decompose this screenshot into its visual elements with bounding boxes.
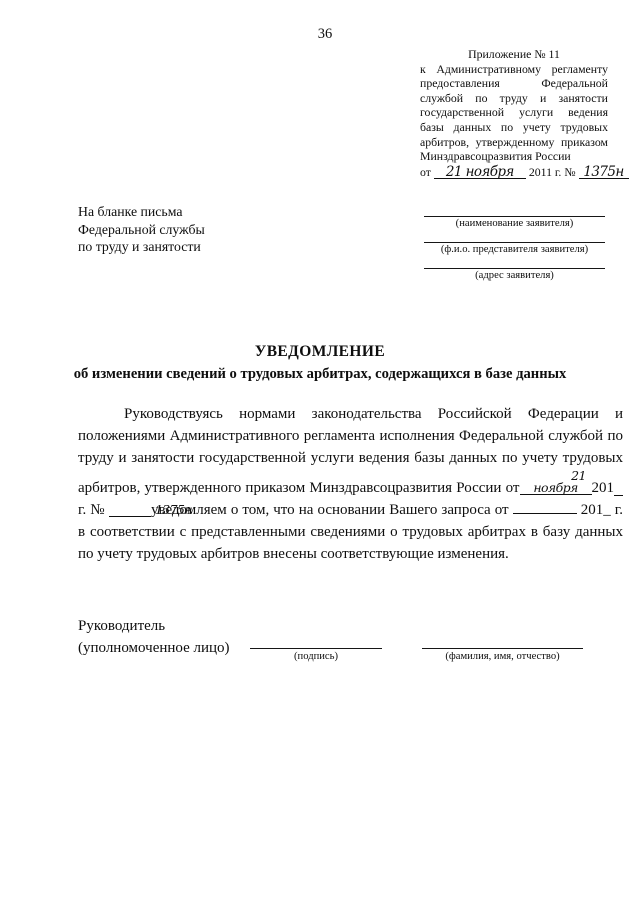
claimant-representative-blank-line — [424, 242, 605, 243]
claimant-name-field: (наименование заявителя) — [424, 216, 605, 230]
handwritten-date-text: 21 ноября — [446, 164, 514, 180]
signature-caption: (подпись) — [250, 650, 382, 663]
body-text-part3: г. № — [78, 502, 105, 518]
document-subtitle: об изменении сведений о трудовых арбитра… — [0, 363, 640, 386]
body-handwritten-year-digit: 1 — [614, 482, 623, 496]
claimant-fields-block: (наименование заявителя) (ф.и.о. предста… — [424, 216, 605, 294]
full-name-blank-line — [422, 615, 583, 649]
appendix-paragraph: к Административному регламенту предостав… — [420, 62, 608, 164]
letterhead-line-3: по труду и занятости — [78, 238, 205, 256]
claimant-address-field: (адрес заявителя) — [424, 268, 605, 282]
full-name-caption: (фамилия, имя, отчество) — [422, 650, 583, 663]
claimant-representative-caption: (ф.и.о. представителя заявителя) — [424, 244, 605, 256]
appendix-block: Приложение № 11 к Административному регл… — [420, 47, 608, 179]
body-text-part2: 201 — [592, 480, 615, 496]
body-paragraph: Руководствуясь нормами законодательства … — [78, 403, 623, 565]
signature-field: (подпись) — [250, 615, 382, 663]
document-title-block: УВЕДОМЛЕНИЕ об изменении сведений о труд… — [0, 340, 640, 386]
letterhead-line-1: На бланке письма — [78, 203, 205, 221]
body-handwritten-number: 1375н — [109, 504, 151, 517]
claimant-address-blank-line — [424, 268, 605, 269]
claimant-name-blank-line — [424, 216, 605, 217]
signature-blank-line — [250, 615, 382, 649]
request-date-blank-line — [513, 501, 577, 514]
appendix-handwritten-date: 21 ноября — [434, 166, 526, 179]
body-text-part4: уведомляем о том, что на основании Вашег… — [151, 502, 509, 518]
claimant-address-caption: (адрес заявителя) — [424, 270, 605, 282]
document-title: УВЕДОМЛЕНИЕ — [0, 340, 640, 363]
appendix-handwritten-number: 1375н — [579, 166, 629, 179]
claimant-name-caption: (наименование заявителя) — [424, 218, 605, 230]
appendix-title: Приложение № 11 — [420, 47, 608, 62]
body-handwritten-date: 21 ноября — [520, 470, 592, 495]
full-name-field: (фамилия, имя, отчество) — [422, 615, 583, 663]
handwritten-number-text: 1375н — [583, 164, 623, 180]
letterhead-block: На бланке письма Федеральной службы по т… — [78, 203, 205, 256]
body-handwritten-date-text: 21 ноября — [533, 468, 586, 495]
letterhead-line-2: Федеральной службы — [78, 221, 205, 239]
appendix-date-line: от 21 ноября 2011 г. № 1375н — [420, 165, 608, 180]
appendix-date-middle: 2011 г. № — [529, 165, 576, 179]
appendix-date-prefix: от — [420, 165, 431, 179]
page-number: 36 — [0, 26, 640, 43]
signature-block: Руководитель (уполномоченное лицо) (подп… — [78, 615, 623, 677]
document-page: 36 Приложение № 11 к Административному р… — [0, 0, 640, 905]
claimant-representative-field: (ф.и.о. представителя заявителя) — [424, 242, 605, 256]
